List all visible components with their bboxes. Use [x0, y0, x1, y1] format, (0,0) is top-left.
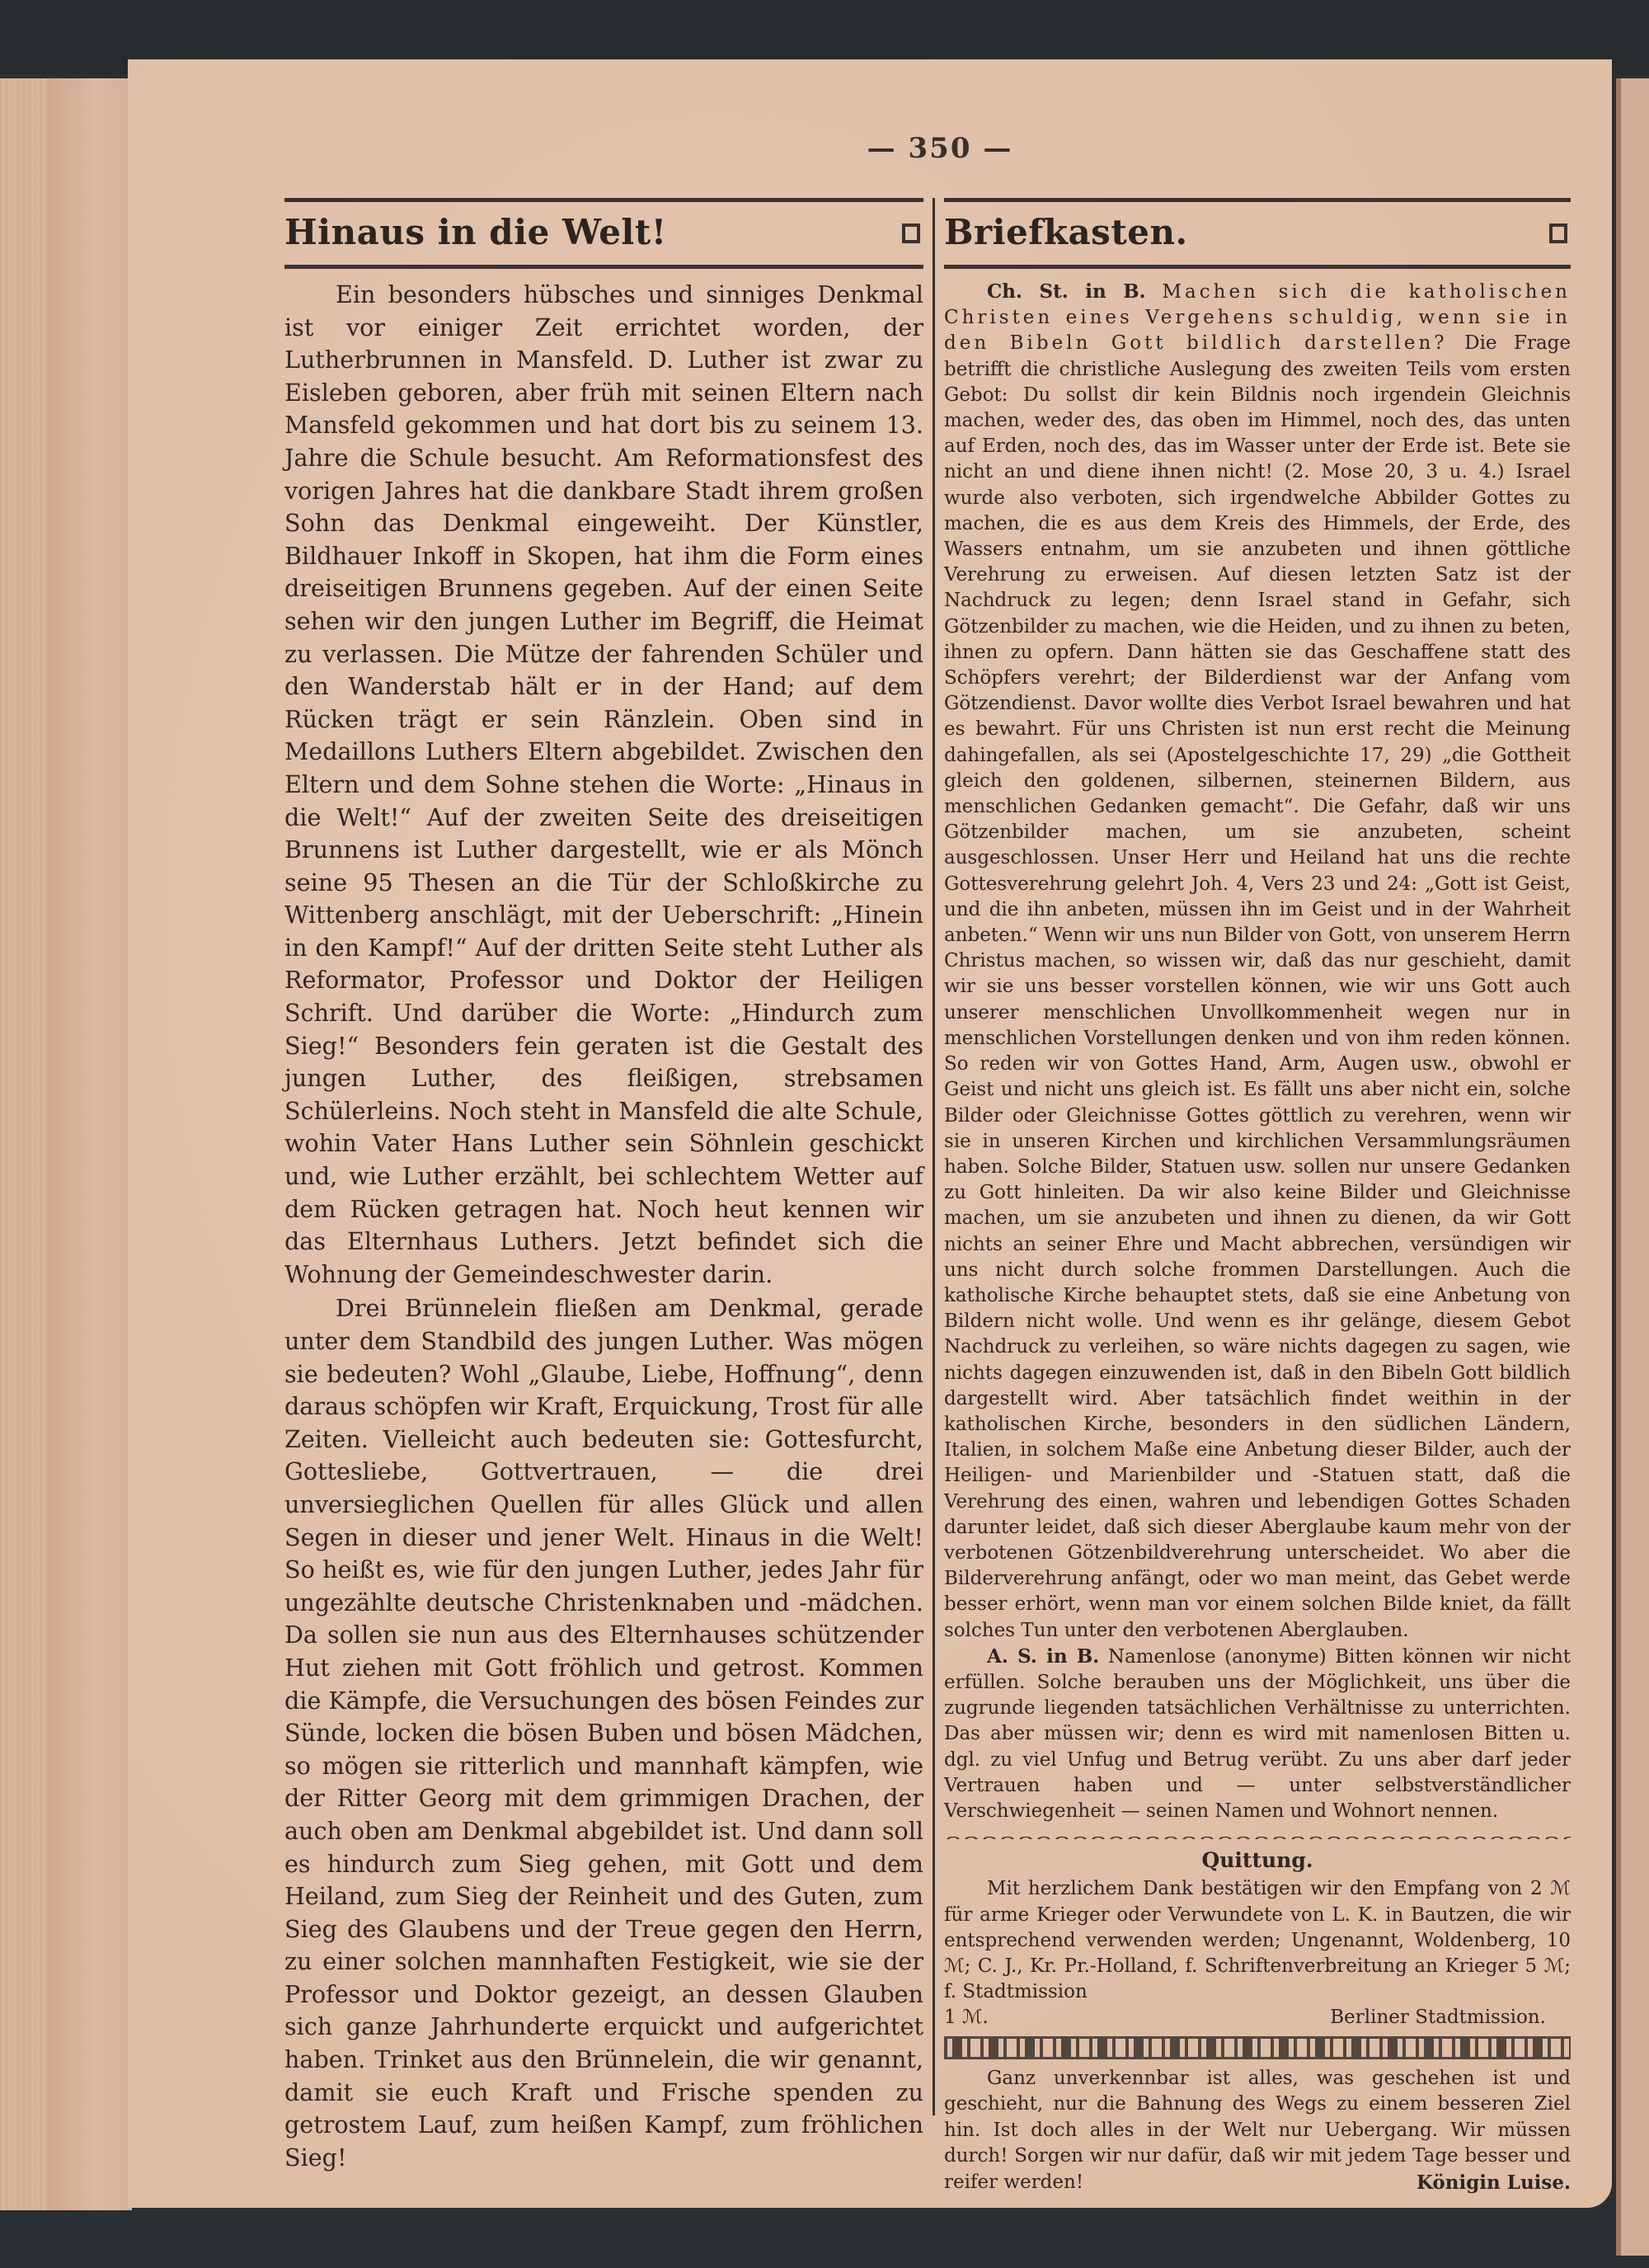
next-page-edge — [1616, 78, 1649, 2256]
article-paragraph: Drei Brünnelein fließen am Denkmal, gera… — [284, 1292, 923, 2174]
ornamental-divider — [944, 2036, 1571, 2059]
article-paragraph: Ein besonders hübsches und sinniges Denk… — [284, 279, 923, 1291]
receipt-title: Quittung. — [944, 1847, 1571, 1873]
letter-entry: A. S. in B. Namenlose (anonyme) Bitten k… — [944, 1644, 1571, 1824]
column-divider — [933, 198, 935, 2115]
page-number: — 350 — — [857, 132, 1022, 165]
article-column: Hinaus in die Welt! Ein besonders hübsch… — [284, 198, 923, 2174]
quote-text: Ganz unverkennbar ist alles, was gescheh… — [944, 2066, 1571, 2196]
receipt-text: Mit herzlichem Dank bestätigen wir den E… — [944, 1876, 1571, 2005]
letterbox-header: Briefkasten. — [944, 198, 1571, 269]
article-title: Hinaus in die Welt! — [284, 212, 667, 252]
letter-answer: Die Frage betrifft die christliche Ausle… — [944, 332, 1571, 1640]
letter-entry: Ch. St. in B. Machen sich die katholisch… — [944, 279, 1571, 1644]
receipt-section: Quittung. Mit herzlichem Dank bestätigen… — [944, 1847, 1571, 2030]
article-body: Ein besonders hübsches und sinniges Denk… — [284, 279, 923, 2174]
letter-addressee: A. S. in B. — [987, 1645, 1099, 1668]
page-stack-edge — [0, 78, 132, 2210]
letter-addressee: Ch. St. in B. — [987, 280, 1146, 303]
letter-answer: Namenlose (anonyme) Bitten können wir ni… — [944, 1646, 1571, 1822]
receipt-signature: Berliner Stadtmission. — [1330, 2005, 1546, 2030]
page-stack-inner — [48, 78, 130, 2210]
receipt-amount: 1 ℳ. — [944, 2005, 989, 2030]
letterbox-column: Briefkasten. Ch. St. in B. Machen sich d… — [944, 198, 1571, 2195]
quote-author: Königin Luise. — [1374, 2170, 1571, 2196]
letterbox-body: Ch. St. in B. Machen sich die katholisch… — [944, 279, 1571, 1824]
square-ornament-icon — [902, 224, 920, 243]
letterbox-title: Briefkasten. — [944, 212, 1188, 252]
square-ornament-icon — [1549, 224, 1567, 243]
wavy-divider — [944, 1831, 1571, 1842]
quote-section: Ganz unverkennbar ist alles, was gescheh… — [944, 2066, 1571, 2196]
article-header: Hinaus in die Welt! — [284, 198, 923, 269]
receipt-signature-row: 1 ℳ. Berliner Stadtmission. — [944, 2005, 1571, 2030]
